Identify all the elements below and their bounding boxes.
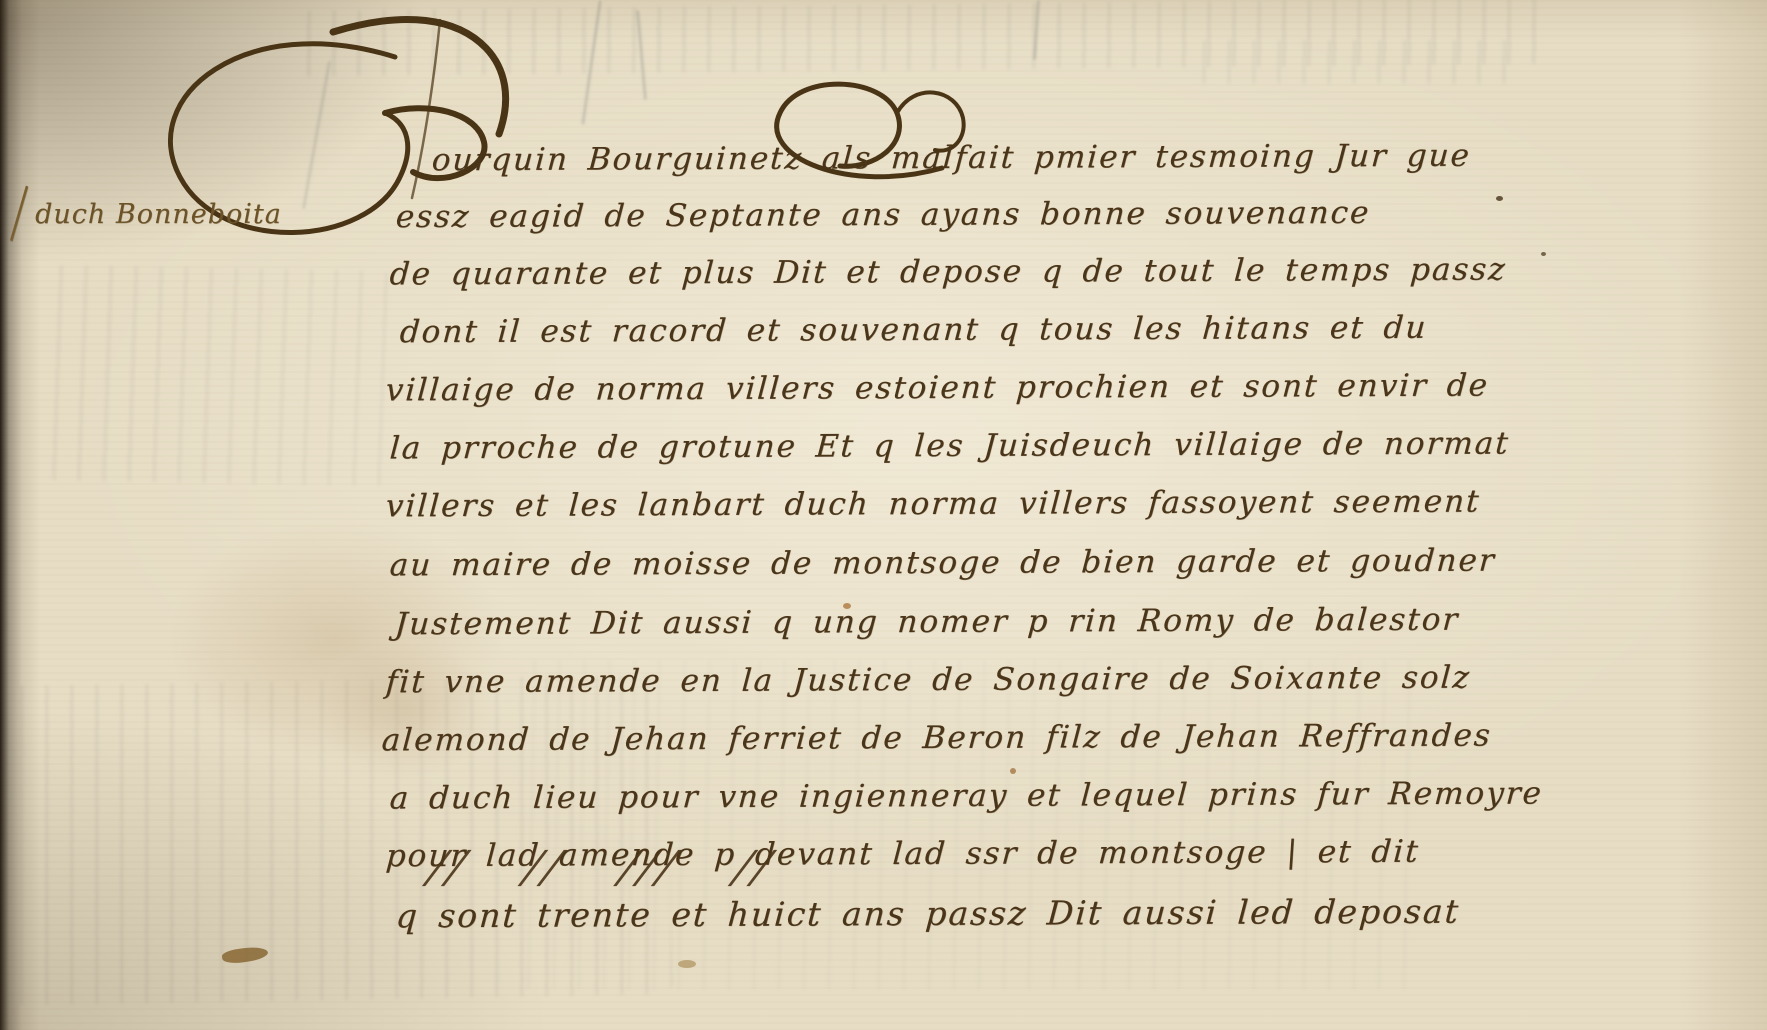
text-line-4: dont il est racord et souvenant q tous l… — [399, 310, 1429, 350]
showthrough-stroke-1 — [581, 0, 601, 124]
showthrough-stroke-2 — [636, 10, 647, 100]
showthrough-stroke-4 — [302, 61, 331, 209]
rust-speck — [678, 960, 696, 968]
text-line-9: Justement Dit aussi q ung nomer p rin Ro… — [394, 602, 1461, 643]
text-line-3: de quarante et plus Dit et depose q de t… — [389, 252, 1508, 293]
text-line-11: alemond de Jehan ferriet de Beron filz d… — [381, 718, 1493, 759]
ink-speck — [1010, 768, 1016, 774]
text-line-6: la prroche de grotune Et q les Juisdeuch… — [389, 426, 1511, 467]
text-line-14: q sont trente et huict ans passz Dit aus… — [395, 892, 1462, 936]
manuscript-page: /duch Bonneboita ourquin Bourguinetz als… — [0, 0, 1767, 1030]
text-line-10: fit vne amende en la Justice de Songaire… — [385, 660, 1472, 701]
text-line-1: ourquin Bourguinetz als malfait pmier te… — [431, 138, 1472, 179]
showthrough-bottom-mid — [520, 660, 1420, 990]
margin-note-text: duch Bonneboita — [35, 199, 282, 230]
text-line-2: essz eagid de Septante ans ayans bonne s… — [395, 195, 1372, 235]
ink-speck — [1541, 252, 1546, 256]
descender-strokes: // // /// // — [424, 842, 780, 893]
showthrough-left-margin — [43, 265, 392, 486]
showthrough-stroke-3 — [1033, 0, 1040, 60]
paraph-mark: / — [12, 170, 28, 257]
ink-blot — [221, 945, 269, 965]
text-line-8: au maire de moisse de montsoge de bien g… — [389, 543, 1497, 584]
text-line-7: villers et les lanbart duch norma viller… — [385, 484, 1482, 525]
text-line-5: villaige de norma villers estoient proch… — [385, 368, 1491, 409]
text-line-12: a duch lieu pour vne ingienneray et lequ… — [389, 775, 1544, 816]
ink-speck — [1496, 196, 1503, 201]
margin-note: /duch Bonneboita — [14, 196, 282, 231]
showthrough-top-strip — [295, 0, 1556, 77]
showthrough-top-right — [1190, 40, 1520, 84]
